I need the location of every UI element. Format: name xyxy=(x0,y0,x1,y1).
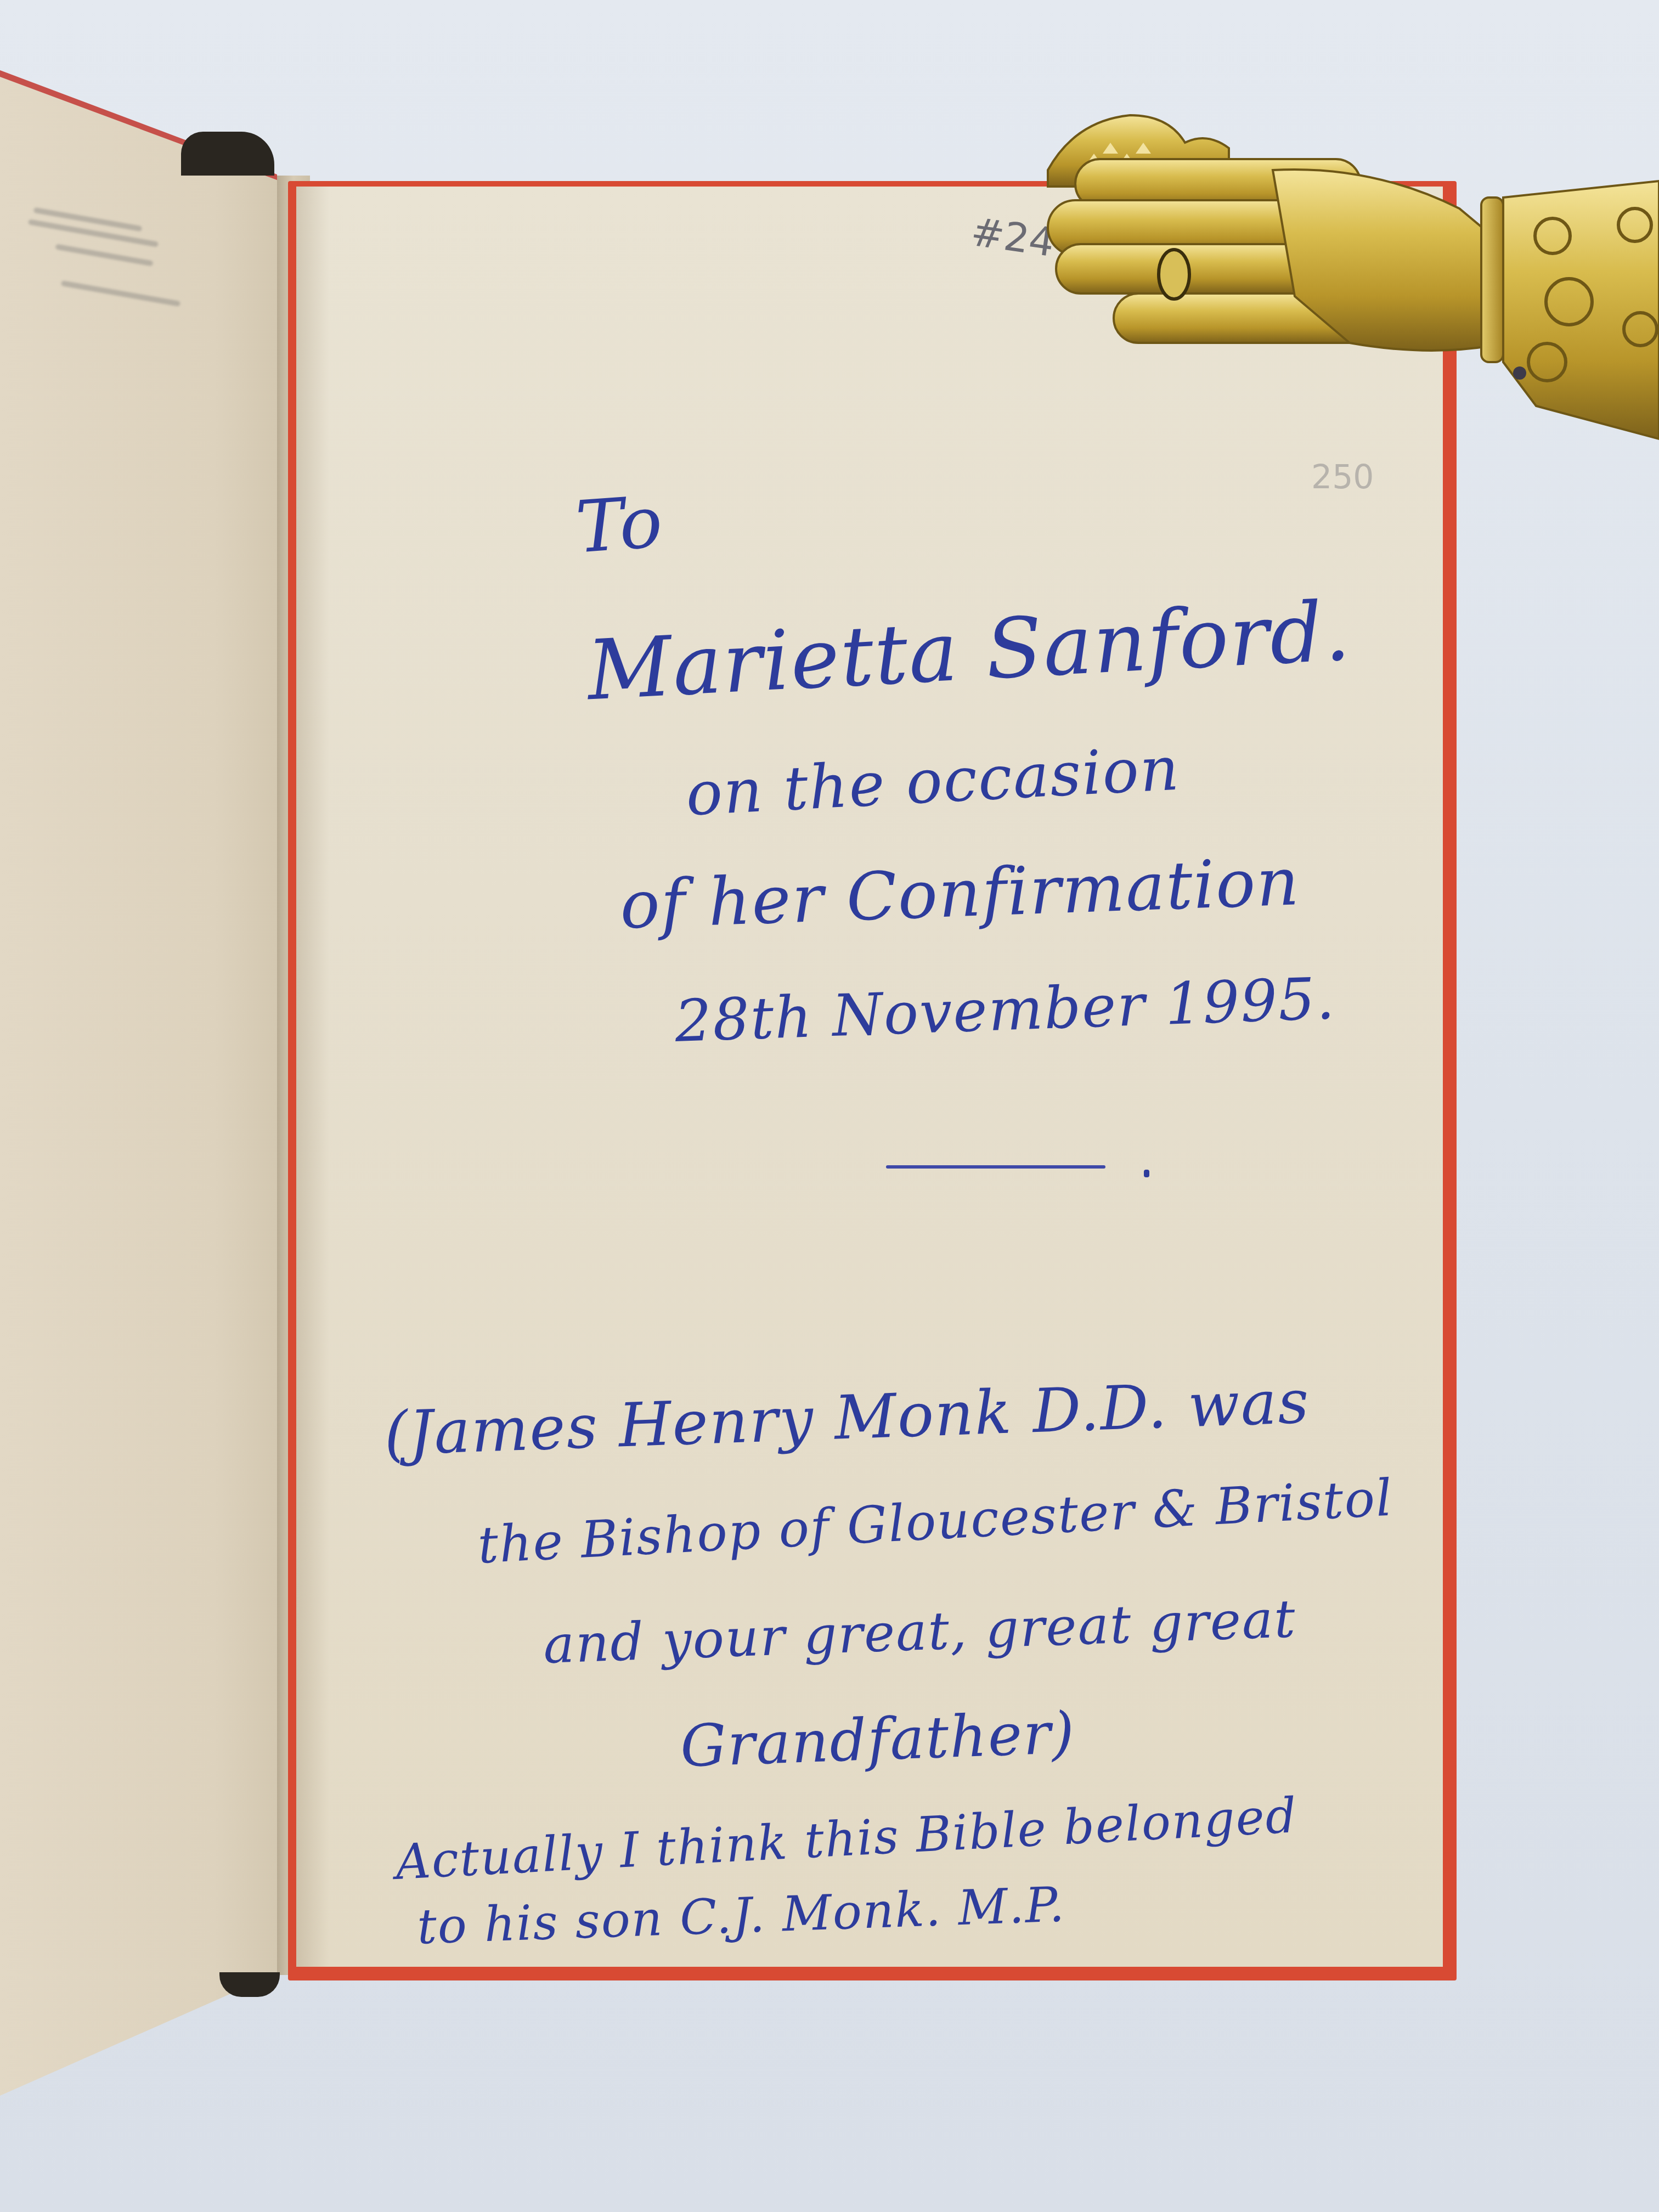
photo-scene: #24 250 To Marietta Sanford. on the occa… xyxy=(0,0,1659,2212)
divider-stroke xyxy=(886,1165,1105,1169)
note-line-4: Grandfather) xyxy=(679,1699,1076,1780)
brass-hand-clip-icon xyxy=(1042,99,1659,538)
inscription-to: To xyxy=(573,480,666,569)
left-page-verso xyxy=(0,0,307,2212)
worn-spine-top xyxy=(181,132,274,176)
